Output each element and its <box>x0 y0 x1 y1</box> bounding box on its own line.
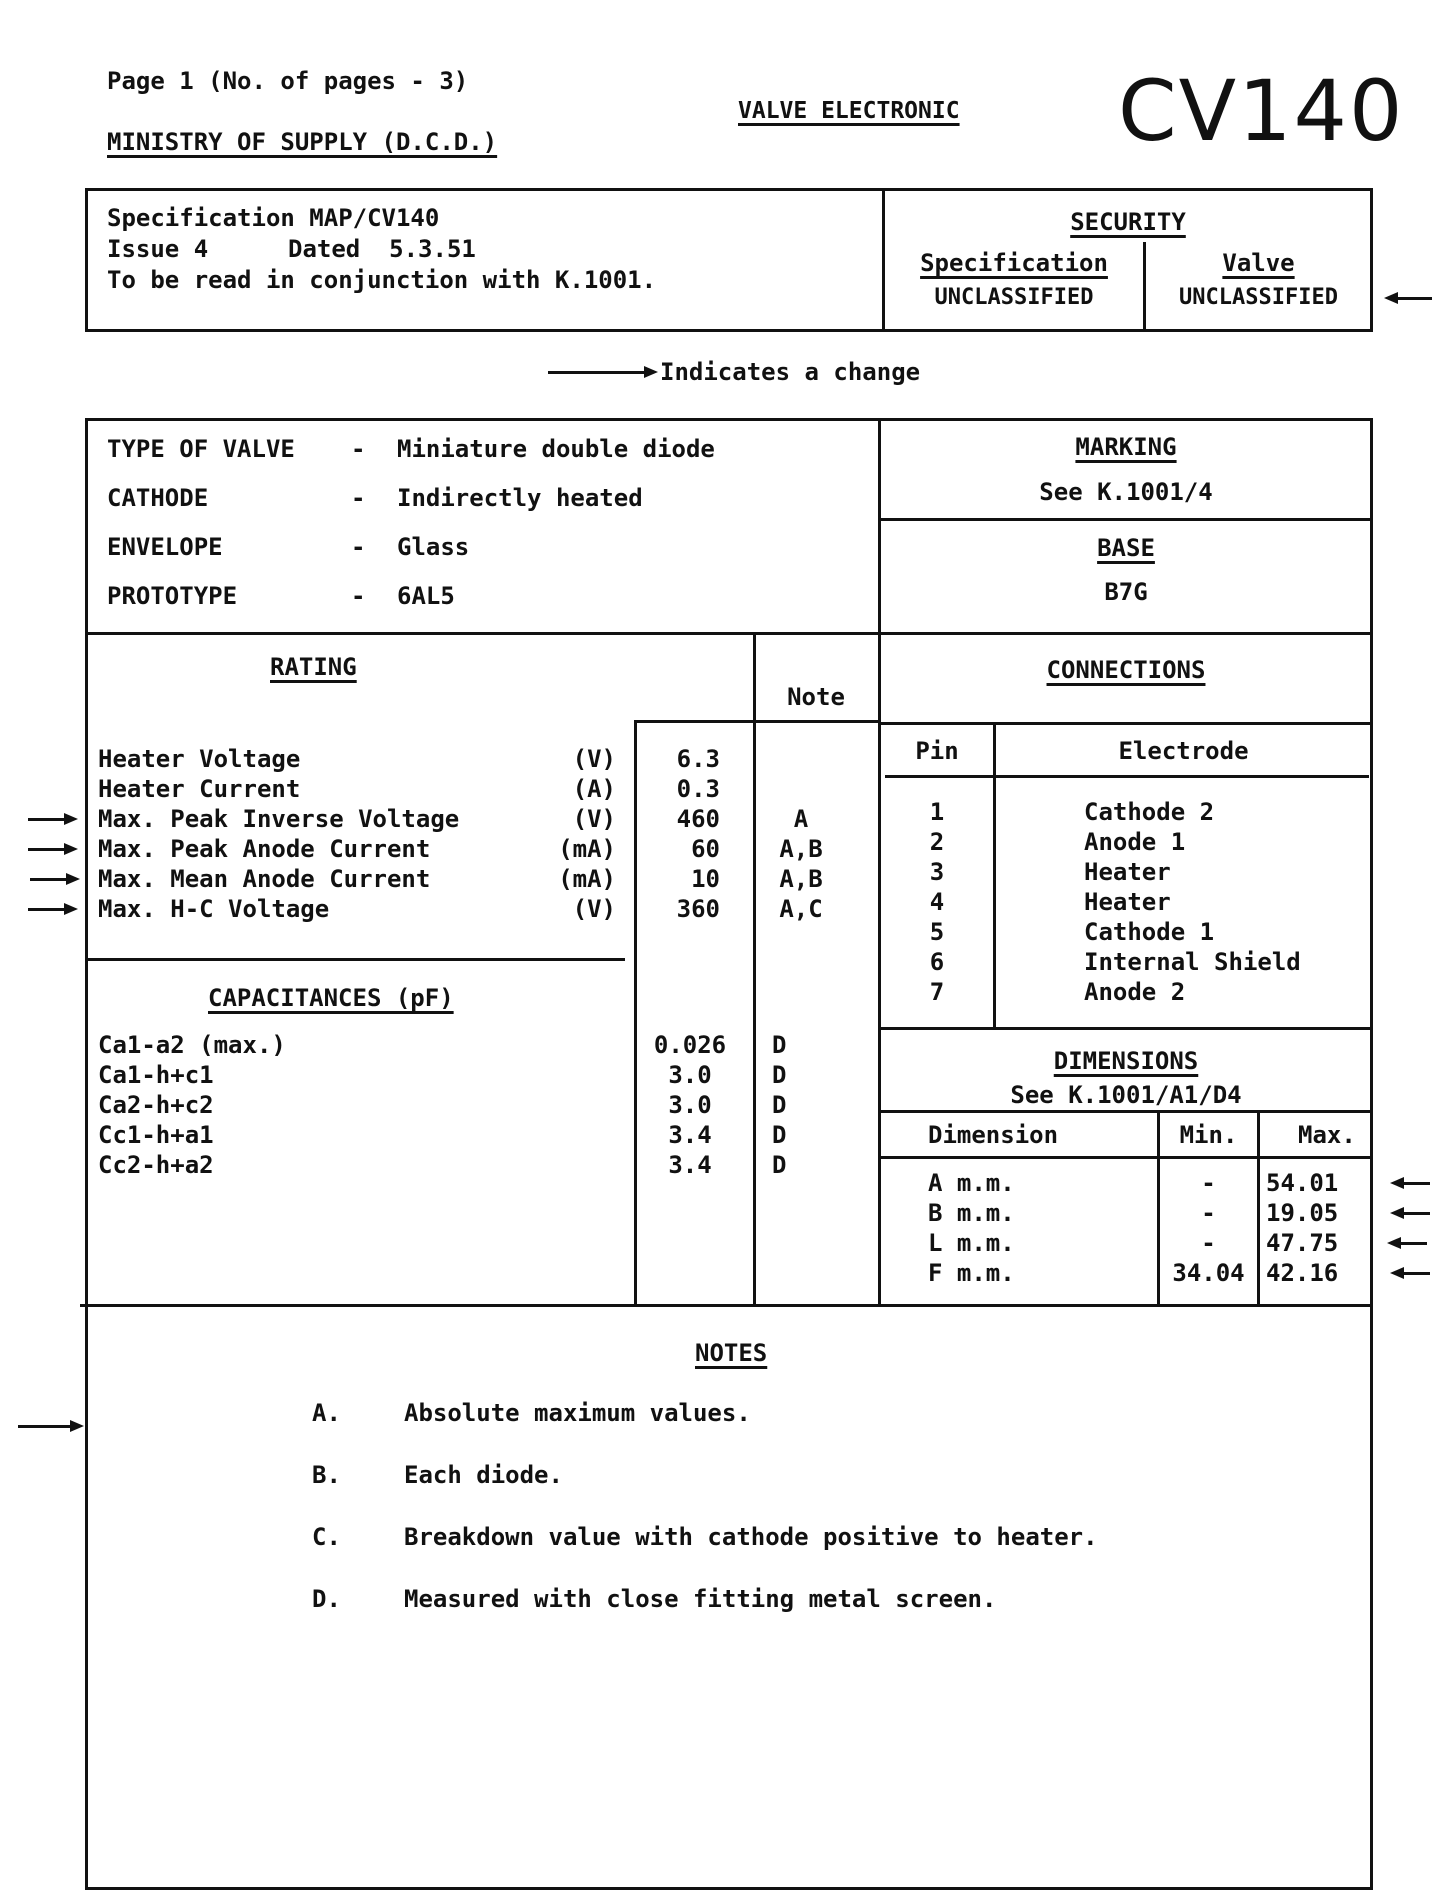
type-info-row: CATHODE-Indirectly heated <box>107 483 715 532</box>
pin-list: 1 2 3 4 5 6 7 <box>881 797 993 1007</box>
pin-number: 7 <box>881 977 993 1007</box>
page-info: Page 1 (No. of pages - 3) <box>107 66 468 96</box>
pin-column-divider <box>993 722 996 1028</box>
pin-number: 2 <box>881 827 993 857</box>
dimension-list: A m.m. B m.m. L m.m. F m.m. <box>928 1168 1015 1288</box>
rating-row: Max. H-C Voltage(V) <box>98 894 616 924</box>
electrode-name: Internal Shield <box>1084 947 1301 977</box>
spec-conjunction: To be read in conjunction with K.1001. <box>107 265 656 295</box>
min-header: Min. <box>1160 1120 1257 1150</box>
note-item: C.Breakdown value with cathode positive … <box>312 1522 1098 1584</box>
rating-note <box>756 744 846 774</box>
type-info-row: TYPE OF VALVE-Miniature double diode <box>107 434 715 483</box>
spec-issue: Issue 4 <box>107 234 208 264</box>
rating-note: A,B <box>756 864 846 894</box>
pin-header: Pin <box>881 736 993 766</box>
note-column-header: Note <box>756 682 876 712</box>
connections-header-top <box>878 722 1373 725</box>
capacitance-value: 3.4 <box>650 1150 730 1180</box>
rating-title: RATING <box>270 652 357 682</box>
rating-row: Max. Peak Inverse Voltage(V) <box>98 804 616 834</box>
connections-header-line <box>885 775 1369 778</box>
change-arrow-icon <box>1390 1267 1430 1279</box>
dimensions-reference: See K.1001/A1/D4 <box>881 1080 1371 1110</box>
security-spec-value: UNCLASSIFIED <box>885 283 1143 313</box>
document-category: VALVE ELECTRONIC <box>738 96 960 126</box>
rating-value: 460 <box>650 804 720 834</box>
values-header-line <box>634 720 878 723</box>
marking-title: MARKING <box>881 432 1371 462</box>
dimension-min: - <box>1160 1228 1257 1258</box>
rating-value: 360 <box>650 894 720 924</box>
valve-code: CV140 <box>1118 66 1404 156</box>
rating-note: A,B <box>756 834 846 864</box>
capacitance-note: D <box>772 1060 786 1090</box>
marking-value: See K.1001/4 <box>881 477 1371 507</box>
change-arrow-icon <box>30 873 80 885</box>
rating-value: 0.3 <box>650 774 720 804</box>
capacitance-name: Ca1-a2 (max.) <box>98 1030 286 1060</box>
security-spec-label: Specification <box>885 248 1143 278</box>
change-arrow-icon <box>28 813 78 825</box>
security-valve-label: Valve <box>1146 248 1371 278</box>
dimension-max: 42.16 <box>1266 1258 1338 1288</box>
change-arrow-icon <box>28 843 78 855</box>
rating-note <box>756 774 846 804</box>
notes-list: A.Absolute maximum values. B.Each diode.… <box>312 1398 1098 1646</box>
change-arrow-icon <box>1390 1207 1430 1219</box>
spec-number: Specification MAP/CV140 <box>107 203 439 233</box>
capacitance-values: 0.026 3.0 3.0 3.4 3.4 <box>650 1030 730 1180</box>
security-valve-value: UNCLASSIFIED <box>1146 283 1371 313</box>
capacitance-name: Cc1-h+a1 <box>98 1120 286 1150</box>
dimension-max: 54.01 <box>1266 1168 1338 1198</box>
security-title: SECURITY <box>885 207 1371 237</box>
electrode-name: Cathode 1 <box>1084 917 1301 947</box>
connections-bottom <box>878 1027 1373 1030</box>
capacitance-note: D <box>772 1090 786 1120</box>
rating-row: Max. Peak Anode Current(mA) <box>98 834 616 864</box>
rating-note: A <box>756 804 846 834</box>
rating-row: Heater Voltage(V) <box>98 744 616 774</box>
rating-value: 60 <box>650 834 720 864</box>
capacitance-name: Cc2-h+a2 <box>98 1150 286 1180</box>
dimensions-title: DIMENSIONS <box>881 1046 1371 1076</box>
capacitance-name: Ca2-h+c2 <box>98 1090 286 1120</box>
capacitance-notes: D D D D D <box>772 1030 786 1180</box>
rating-value: 6.3 <box>650 744 720 774</box>
electrode-list: Cathode 2 Anode 1 Heater Heater Cathode … <box>1084 797 1301 1007</box>
dimensions-header-top <box>878 1110 1373 1113</box>
dimension-header: Dimension <box>928 1120 1058 1150</box>
type-info-row: PROTOTYPE-6AL5 <box>107 581 715 630</box>
dimension-min: - <box>1160 1198 1257 1228</box>
values-column-divider <box>634 720 637 1306</box>
capacitance-value: 3.0 <box>650 1090 730 1120</box>
rating-row: Heater Current(A) <box>98 774 616 804</box>
max-column-divider <box>1257 1110 1260 1306</box>
capacitance-value: 3.0 <box>650 1060 730 1090</box>
capacitance-note: D <box>772 1150 786 1180</box>
electrode-name: Anode 2 <box>1084 977 1301 1007</box>
change-arrow-icon <box>18 1420 84 1432</box>
dimension-name: L m.m. <box>928 1228 1015 1258</box>
electrode-name: Anode 1 <box>1084 827 1301 857</box>
dimension-name: A m.m. <box>928 1168 1015 1198</box>
marking-base-divider <box>881 518 1371 521</box>
rating-list: Heater Voltage(V) Heater Current(A) Max.… <box>98 744 616 924</box>
type-info-list: TYPE OF VALVE-Miniature double diode CAT… <box>107 434 715 630</box>
change-arrow-icon <box>548 366 658 378</box>
capacitance-name: Ca1-h+c1 <box>98 1060 286 1090</box>
ministry-title: MINISTRY OF SUPPLY (D.C.D.) <box>107 127 497 157</box>
change-arrow-icon <box>28 903 78 915</box>
note-column-divider <box>753 632 756 1306</box>
capacitance-note: D <box>772 1120 786 1150</box>
dimension-max-list: 54.01 19.05 47.75 42.16 <box>1266 1168 1338 1288</box>
dimension-name: B m.m. <box>928 1198 1015 1228</box>
electrode-name: Heater <box>1084 887 1301 917</box>
dimension-max: 19.05 <box>1266 1198 1338 1228</box>
rating-capacitance-divider <box>85 958 625 961</box>
notes-title: NOTES <box>695 1338 767 1368</box>
dimension-max: 47.75 <box>1266 1228 1338 1258</box>
max-header: Max. <box>1298 1120 1356 1150</box>
note-item: D.Measured with close fitting metal scre… <box>312 1584 1098 1646</box>
rating-note: A,C <box>756 894 846 924</box>
connections-title: CONNECTIONS <box>881 655 1371 685</box>
electrode-name: Cathode 2 <box>1084 797 1301 827</box>
change-arrow-icon <box>1390 1177 1430 1189</box>
capacitance-note: D <box>772 1030 786 1060</box>
pin-number: 6 <box>881 947 993 977</box>
capacitance-value: 0.026 <box>650 1030 730 1060</box>
rating-notes: A A,B A,B A,C <box>756 744 846 924</box>
pin-number: 5 <box>881 917 993 947</box>
change-legend: Indicates a change <box>660 357 920 387</box>
rating-value: 10 <box>650 864 720 894</box>
dimensions-header-line <box>878 1156 1373 1159</box>
change-arrow-icon <box>1384 292 1432 304</box>
pin-number: 3 <box>881 857 993 887</box>
dimension-min-list: - - - 34.04 <box>1160 1168 1257 1288</box>
dimension-min: - <box>1160 1168 1257 1198</box>
base-title: BASE <box>881 533 1371 563</box>
rating-values: 6.3 0.3 460 60 10 360 <box>650 744 720 924</box>
capacitance-list: Ca1-a2 (max.) Ca1-h+c1 Ca2-h+c2 Cc1-h+a1… <box>98 1030 286 1180</box>
notes-divider <box>80 1304 1373 1307</box>
spec-dated: Dated 5.3.51 <box>288 234 476 264</box>
change-arrow-icon <box>1387 1237 1427 1249</box>
dimension-name: F m.m. <box>928 1258 1015 1288</box>
pin-number: 4 <box>881 887 993 917</box>
type-info-row: ENVELOPE-Glass <box>107 532 715 581</box>
dimension-min: 34.04 <box>1160 1258 1257 1288</box>
note-item: B.Each diode. <box>312 1460 1098 1522</box>
electrode-header: Electrode <box>996 736 1371 766</box>
capacitance-value: 3.4 <box>650 1120 730 1150</box>
type-rating-divider <box>85 632 1373 635</box>
note-item: A.Absolute maximum values. <box>312 1398 1098 1460</box>
rating-row: Max. Mean Anode Current(mA) <box>98 864 616 894</box>
electrode-name: Heater <box>1084 857 1301 887</box>
pin-number: 1 <box>881 797 993 827</box>
capacitances-title: CAPACITANCES (pF) <box>208 983 454 1013</box>
base-value: B7G <box>881 577 1371 607</box>
